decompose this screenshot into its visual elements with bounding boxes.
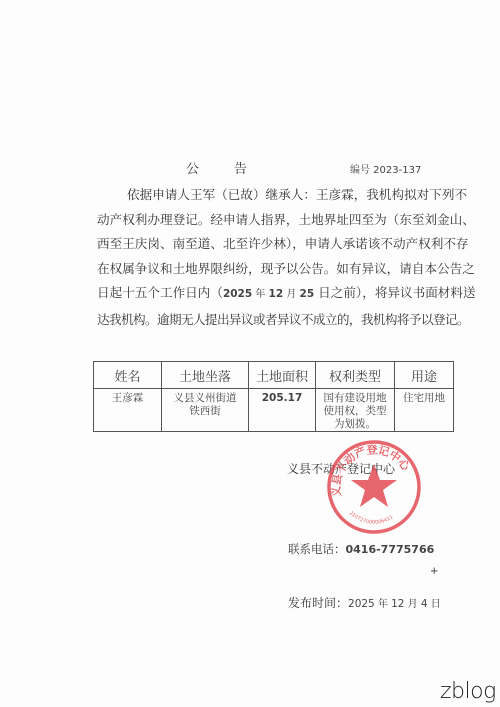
year-char: 年 (252, 289, 268, 300)
col-header-name: 姓名 (94, 362, 162, 389)
cell-name: 王彦霖 (94, 389, 162, 432)
deadline-prefix: 日起十五个工作日内（ (97, 285, 223, 300)
table-header-row: 姓名 土地坐落 土地面积 权利类型 用途 (94, 362, 454, 389)
col-header-right-type: 权利类型 (316, 362, 395, 389)
cell-usage: 住宅用地 (395, 389, 454, 432)
contact-phone: 联系电话：0416-7775766 (288, 541, 434, 557)
plus-mark: + (430, 566, 438, 577)
col-header-usage: 用途 (395, 362, 454, 389)
deadline-suffix: 日之前），将异议书面材料送 (314, 285, 475, 300)
phone-label: 联系电话： (288, 542, 346, 556)
publish-date: 发布时间：2025 年 12 月 4 日 (288, 594, 441, 611)
body-line-5: 日起十五个工作日内（2025 年 12 月 25 日之前），将异议书面材料送 (97, 281, 457, 308)
page-title: 公告 (186, 158, 247, 177)
seal-code: 210727000006411 (348, 510, 394, 526)
pub-year: 2025 (348, 598, 375, 610)
official-seal-icon: 义县不动产登记中心 210727000006411 (324, 437, 424, 537)
body-line-6: 达我机构。逾期无人提出异议或者异议不成立的，我机构将予以登记。 (97, 308, 457, 333)
notice-body: 依据申请人王军（已故）继承人：王彦霖，我机构拟对下列不 动产权利办理登记。经申请… (97, 183, 457, 332)
cell-location: 义县义州街道铁西街 (162, 389, 249, 432)
month-char: 月 (283, 289, 299, 300)
pub-day-char: 日 (428, 599, 441, 610)
body-line-1: 依据申请人王军（已故）继承人：王彦霖，我机构拟对下列不 (97, 183, 457, 208)
pub-month-char: 月 (404, 599, 420, 610)
body-line-2: 动产权利办理登记。经申请人指界，土地界址四至为（东至刘金山、 (97, 208, 457, 233)
title-char-1: 公 (186, 162, 199, 177)
table-row: 王彦霖 义县义州街道铁西街 205.17 国有建设用地使用权，类型为划拨。 住宅… (94, 389, 454, 432)
pub-year-char: 年 (375, 599, 391, 610)
col-header-location: 土地坐落 (162, 362, 249, 389)
deadline-day: 25 (300, 288, 315, 300)
body-line-3: 西至王庆岗、南至道、北至许少林），申请人承诺该不动产权利不存 (97, 232, 457, 257)
svg-text:210727000006411: 210727000006411 (348, 510, 394, 526)
pub-day: 4 (421, 598, 428, 610)
col-header-area: 土地面积 (249, 362, 316, 389)
phone-value: 0416-7775766 (346, 543, 435, 556)
cell-area: 205.17 (249, 389, 316, 432)
deadline-month: 12 (269, 288, 284, 300)
property-table: 姓名 土地坐落 土地面积 权利类型 用途 王彦霖 义县义州街道铁西街 205.1… (93, 361, 454, 432)
pub-month: 12 (391, 598, 404, 610)
title-char-2: 告 (234, 162, 247, 177)
pub-label: 发布时间： (288, 596, 348, 610)
document-number: 编号 2023-137 (350, 161, 421, 176)
cell-right-type: 国有建设用地使用权，类型为划拨。 (316, 389, 395, 432)
body-line-4: 在权属争议和土地界限纠纷，现予以公告。如有异议，请自本公告之 (97, 257, 457, 282)
watermark: zblog (440, 679, 496, 704)
deadline-year: 2025 (223, 288, 252, 300)
